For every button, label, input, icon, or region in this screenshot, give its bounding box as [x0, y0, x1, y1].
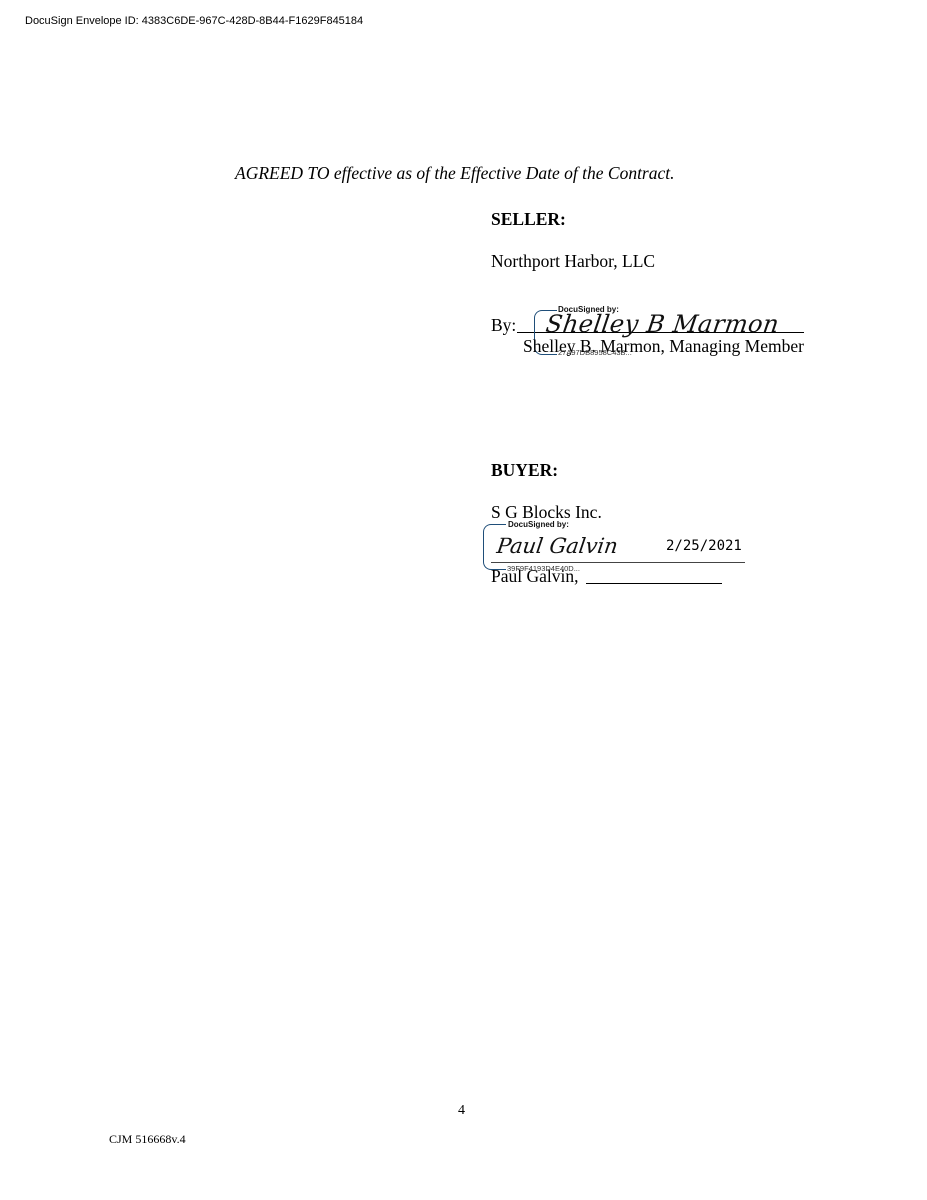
- buyer-heading: BUYER:: [491, 460, 558, 481]
- seller-signature: Shelley B Marmon: [544, 310, 781, 338]
- agreement-statement: AGREED TO effective as of the Effective …: [235, 163, 675, 184]
- buyer-signature-line: [491, 562, 745, 563]
- page-number: 4: [458, 1103, 465, 1119]
- seller-signature-id: 27A97DB8958C43B...: [558, 348, 632, 357]
- seller-company: Northport Harbor, LLC: [491, 251, 655, 272]
- seller-heading: SELLER:: [491, 209, 566, 230]
- seller-by-label: By:: [491, 315, 516, 336]
- buyer-docusigned-label: DocuSigned by:: [508, 520, 569, 529]
- buyer-signed-date: 2/25/2021: [666, 538, 742, 554]
- buyer-signature-id: 39F9F4193D4E40D...: [507, 564, 580, 573]
- buyer-signature: Paul Galvin: [495, 534, 619, 558]
- buyer-title-blank-line: [586, 583, 722, 584]
- docusign-envelope-id: DocuSign Envelope ID: 4383C6DE-967C-428D…: [25, 15, 363, 27]
- document-reference: CJM 516668v.4: [109, 1132, 186, 1147]
